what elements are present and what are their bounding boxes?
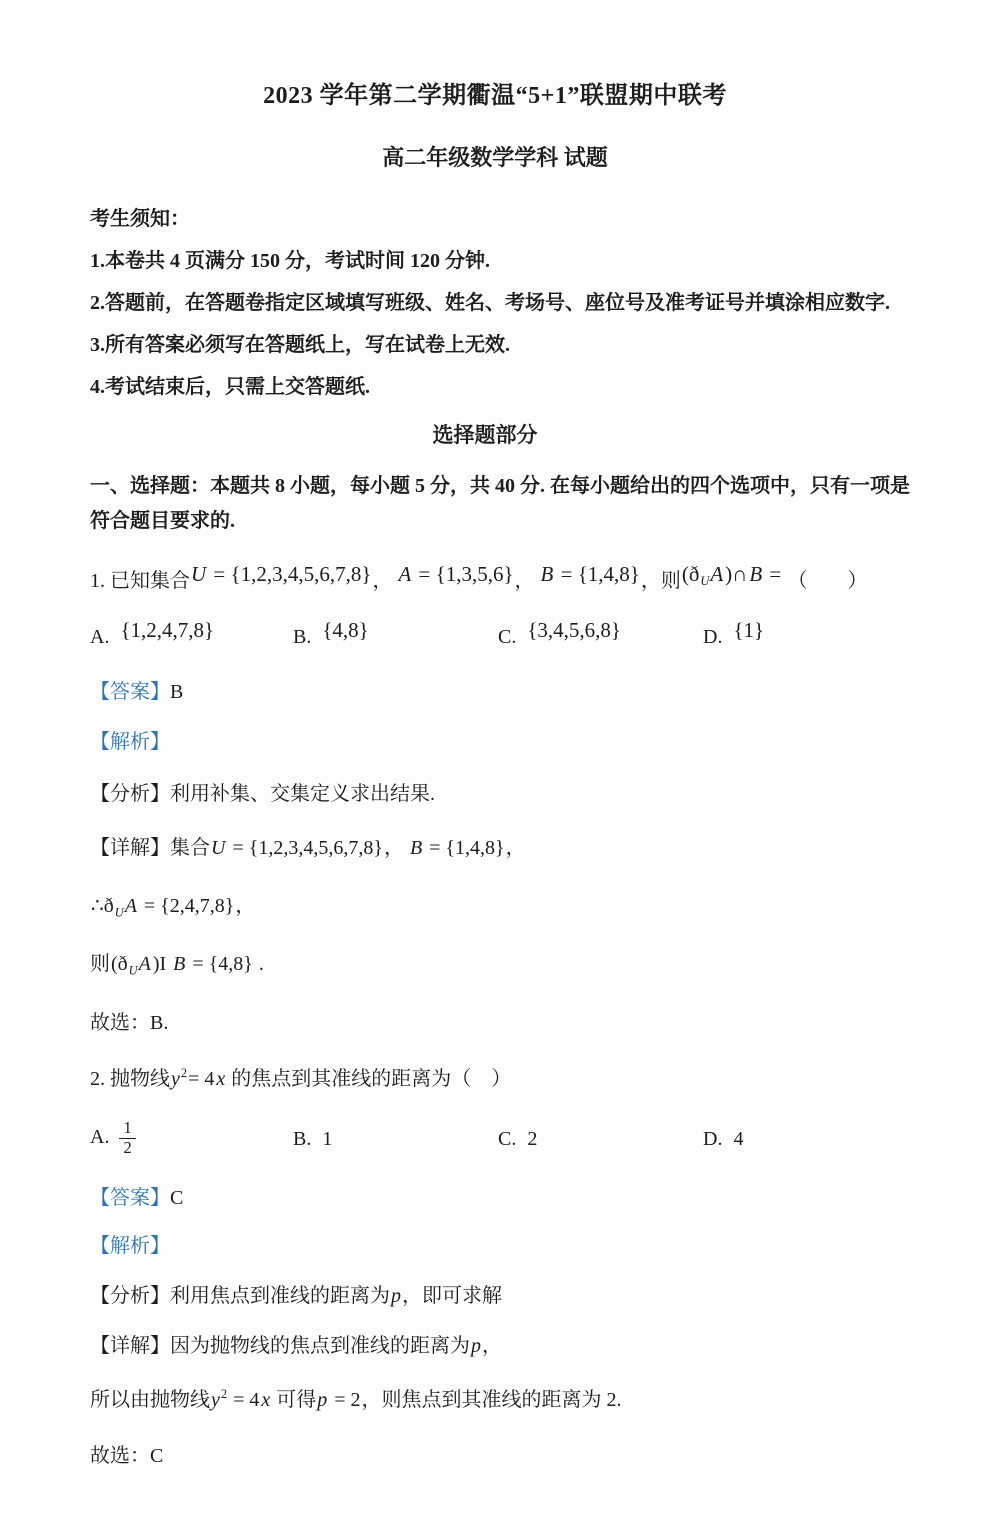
option-label: A. — [90, 626, 109, 648]
question-1-step-therefore: ∴ðUA = {2,4,7,8}， — [90, 892, 940, 922]
option-value: {3,4,5,6,8} — [526, 626, 622, 648]
option-label: D. — [703, 1128, 722, 1150]
question-2-conclusion: 故选：C — [90, 1442, 940, 1470]
question-2-step-so: 所以由抛物线y2 = 4x 可得p = 2，则焦点到其准线的距离为 2. — [90, 1386, 940, 1414]
question-1-conclusion: 故选：B. — [90, 1009, 940, 1037]
option-value: {4,8} — [321, 626, 369, 648]
question-1-answer-line: 【答案】B — [90, 678, 940, 706]
option-value: 4 — [732, 1128, 744, 1150]
exam-title-line2: 高二年级数学学科 试题 — [90, 143, 900, 174]
question-1-stem: 1. 已知集合U = {1,2,3,4,5,6,7,8}， A = {1,3,5… — [90, 566, 940, 597]
option-value: {1} — [732, 626, 765, 648]
notice-item-2: 2.答题前，在答题卷指定区域填写班级、姓名、考场号、座位号及准考证号并填涂相应数… — [90, 289, 940, 317]
instructions-line-1: 一、选择题：本题共 8 小题，每小题 5 分，共 40 分. 在每小题给出的四个… — [90, 466, 940, 506]
option-label: A. — [90, 1126, 109, 1148]
question-2-option-b: B.1 — [293, 1125, 498, 1153]
question-2-options: A.12 B.1 C.2 D.4 — [90, 1119, 940, 1158]
section-instructions: 一、选择题：本题共 8 小题，每小题 5 分，共 40 分. 在每小题给出的四个… — [90, 466, 940, 536]
exam-title-line1: 2023 学年第二学期衢温“5+1”联盟期中联考 — [90, 80, 900, 114]
question-2-option-d: D.4 — [703, 1125, 940, 1153]
option-label: C. — [498, 626, 516, 648]
option-value: {1,2,4,7,8} — [119, 626, 215, 648]
answer-label: 【答案】 — [90, 1187, 170, 1209]
instructions-line-2: 符合题目要求的. — [90, 506, 940, 536]
question-1-detail: 【详解】集合U = {1,2,3,4,5,6,7,8}， B = {1,4,8}… — [90, 834, 940, 862]
question-1-option-a: A.{1,2,4,7,8} — [90, 622, 293, 651]
question-1-explain-line: 【解析】 — [90, 728, 940, 756]
answer-value: B — [170, 681, 183, 703]
question-1-options: A.{1,2,4,7,8} B.{4,8} C.{3,4,5,6,8} D.{1… — [90, 622, 940, 651]
notice-section: 考生须知： 1.本卷共 4 页满分 150 分，考试时间 120 分钟. 2.答… — [90, 205, 940, 401]
notice-item-1: 1.本卷共 4 页满分 150 分，考试时间 120 分钟. — [90, 247, 940, 275]
option-value: 12 — [119, 1126, 135, 1148]
question-1-option-b: B.{4,8} — [293, 622, 498, 651]
option-label: D. — [703, 626, 722, 648]
answer-label: 【答案】 — [90, 681, 170, 703]
option-value: 1 — [321, 1128, 333, 1150]
explain-label: 【解析】 — [90, 1235, 170, 1257]
question-1-analysis: 【分析】利用补集、交集定义求出结果. — [90, 780, 940, 808]
exam-paper-page: 2023 学年第二学期衢温“5+1”联盟期中联考 高二年级数学学科 试题 考生须… — [0, 0, 1000, 1530]
section-part-title: 选择题部分 — [90, 421, 880, 450]
notice-item-4: 4.考试结束后，只需上交答题纸. — [90, 373, 940, 401]
question-2-detail: 【详解】因为抛物线的焦点到准线的距离为p， — [90, 1332, 940, 1360]
question-2-answer-line: 【答案】C — [90, 1184, 940, 1212]
question-2-option-a: A.12 — [90, 1119, 293, 1158]
notice-item-3: 3.所有答案必须写在答题纸上，写在试卷上无效. — [90, 331, 940, 359]
question-1-option-d: D.{1} — [703, 622, 940, 651]
question-1: 1. 已知集合U = {1,2,3,4,5,6,7,8}， A = {1,3,5… — [90, 566, 940, 1037]
question-1-option-c: C.{3,4,5,6,8} — [498, 622, 703, 651]
notice-header: 考生须知： — [90, 205, 940, 233]
question-2: 2. 抛物线y2= 4x 的焦点到其准线的距离为（ ） A.12 B.1 C.2… — [90, 1065, 940, 1470]
answer-value: C — [170, 1187, 183, 1209]
explain-label: 【解析】 — [90, 731, 170, 753]
option-value: 2 — [526, 1128, 538, 1150]
question-2-analysis: 【分析】利用焦点到准线的距离为p，即可求解 — [90, 1282, 940, 1310]
option-label: B. — [293, 1128, 311, 1150]
question-1-step-then: 则(ðUA)I B = {4,8} . — [90, 950, 940, 980]
question-2-stem: 2. 抛物线y2= 4x 的焦点到其准线的距离为（ ） — [90, 1065, 940, 1093]
option-label: C. — [498, 1128, 516, 1150]
option-label: B. — [293, 626, 311, 648]
question-2-option-c: C.2 — [498, 1125, 703, 1153]
question-2-explain-line: 【解析】 — [90, 1232, 940, 1260]
